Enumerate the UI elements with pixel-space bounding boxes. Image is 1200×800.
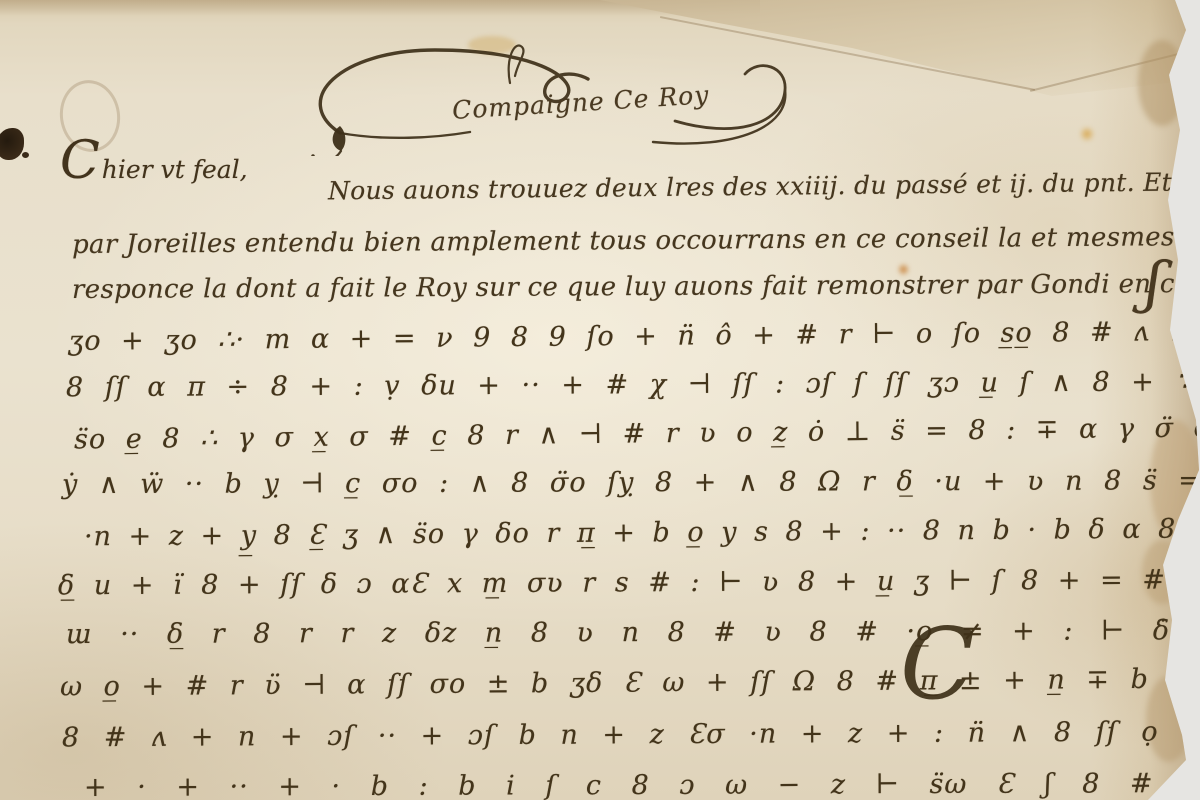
salutation: Chier vt feal, — [60, 146, 248, 184]
torn-edge-patch — [1138, 40, 1186, 126]
ink-blot — [0, 128, 24, 160]
cipher-line: s̈o e̲ 8 ∴ γ σ x̲ σ # c̲ 8 r ∧ ⊣ # r ʋ o… — [74, 412, 1200, 456]
stain-spot — [1080, 126, 1094, 142]
cipher-line: ω o̲ + # r ʋ̈ ⊣ ɑ ſſ σo ± b ʒδ Ɛ ω + ſſ … — [60, 662, 1200, 702]
cipher-line: ·n + z + y̲ 8 Ɛ̲ ʒ ∧ s̈o γ δo r π̲ + b o… — [84, 513, 1200, 553]
cipher-line: ʒo + ʒo ∴· m α + = ν 9 8 9 ſo + n̈ ô + #… — [68, 314, 1200, 357]
cipher-large-flourish: C — [900, 608, 975, 722]
cipher-line: + · + ·· + · b : b i ſ c 8 ɔ ω − z ⊢ s̈ω… — [84, 768, 1199, 800]
manuscript-paper: Compaigne Ce Roy Chier vt feal, Nous auo… — [0, 0, 1200, 800]
manuscript-photo: Compaigne Ce Roy Chier vt feal, Nous auo… — [0, 0, 1200, 800]
cipher-line: ɯ ·· δ̲ r 8 r r z δz n̲ 8 ʋ n 8 # ʋ 8 # … — [66, 615, 1200, 650]
cipher-line: δ̲ u + ï 8 + ſſ δ ɔ ɑƐ x m̲ σʋ r s # : ⊢… — [58, 564, 1200, 602]
cipher-line: ẏ ∧ ẅ ·· b ỵ ⊣ c̲ σo : ∧ 8 σ̈o ſỵ 8 + ∧ … — [62, 465, 1200, 500]
cipher-line: 8 # ʌ + n + ɔſ ·· + ɔſ b n + z Ɛσ ·n + z… — [62, 716, 1200, 754]
cipher-line: 8 ſſ α π ÷ 8 + : ṿ δu + ·· + # χ ⊣ ſſ : … — [66, 366, 1200, 404]
body-line: par Joreilles entendu bien amplement tou… — [72, 222, 1200, 260]
body-line: responce la dont a fait le Roy sur ce qu… — [72, 269, 1200, 305]
body-line: Nous auons trouuez deux lres des xxiiij.… — [328, 168, 1172, 206]
ink-blot-dot — [22, 152, 29, 158]
